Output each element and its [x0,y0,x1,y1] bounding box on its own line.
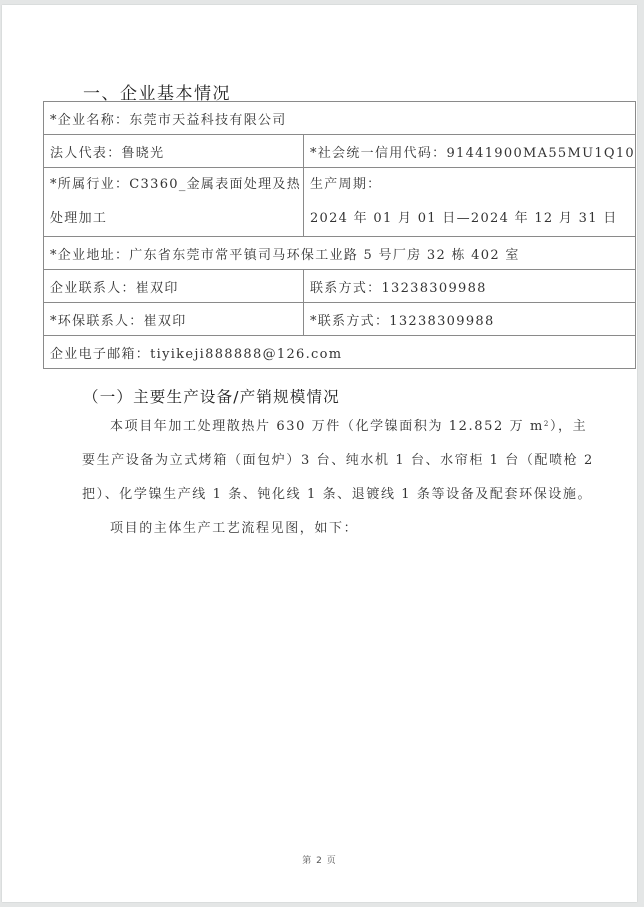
industry-line-1: *所属行业：C3360_金属表面处理及热 [50,168,303,202]
superscript: 2 [544,420,550,428]
address-cell: *企业地址：广东省东莞市常平镇司马环保工业路 5 号厂房 32 栋 402 室 [44,237,636,270]
table-row: 企业电子邮箱：tiyikeji888888@126.com [44,336,636,369]
paragraph-text: 项目的主体生产工艺流程见图，如下： [82,512,597,546]
legal-rep-cell: 法人代表：鲁晓光 [44,135,304,168]
email-cell: 企业电子邮箱：tiyikeji888888@126.com [44,336,636,369]
table-row: *所属行业：C3360_金属表面处理及热 处理加工 生产周期： 2024 年 0… [44,168,636,237]
company-info-table: *企业名称：东莞市天益科技有限公司 法人代表：鲁晓光 *社会统一信用代码：914… [43,101,636,369]
period-value: 2024 年 01 月 01 日—2024 年 12 月 31 日 [310,202,635,236]
table-row: *企业地址：广东省东莞市常平镇司马环保工业路 5 号厂房 32 栋 402 室 [44,237,636,270]
industry-line-2: 处理加工 [50,202,303,236]
contact-person-cell: 企业联系人：崔双印 [44,270,304,303]
env-contact-phone-cell: *联系方式：13238309988 [303,303,635,336]
period-label: 生产周期： [310,168,635,202]
production-period-cell: 生产周期： 2024 年 01 月 01 日—2024 年 12 月 31 日 [303,168,635,237]
process-flow-paragraph: 项目的主体生产工艺流程见图，如下： [82,512,597,546]
paragraph-text: 本项目年加工处理散热片 630 万件（化学镍面积为 12.852 万 m [110,419,544,434]
table-row: *企业名称：东莞市天益科技有限公司 [44,102,636,135]
industry-cell: *所属行业：C3360_金属表面处理及热 处理加工 [44,168,304,237]
equipment-paragraph: 本项目年加工处理散热片 630 万件（化学镍面积为 12.852 万 m2），主… [82,410,597,512]
document-page: 一、企业基本情况 *企业名称：东莞市天益科技有限公司 法人代表：鲁晓光 *社会统… [2,5,637,902]
subsection-heading: （一）主要生产设备/产销规模情况 [83,385,340,407]
page-number: 第 2 页 [2,853,637,866]
contact-phone-cell: 联系方式：13238309988 [303,270,635,303]
env-contact-person-cell: *环保联系人：崔双印 [44,303,304,336]
table-row: 法人代表：鲁晓光 *社会统一信用代码：91441900MA55MU1Q10 [44,135,636,168]
credit-code-cell: *社会统一信用代码：91441900MA55MU1Q10 [303,135,635,168]
table-row: *环保联系人：崔双印 *联系方式：13238309988 [44,303,636,336]
table-row: 企业联系人：崔双印 联系方式：13238309988 [44,270,636,303]
company-name-cell: *企业名称：东莞市天益科技有限公司 [44,102,636,135]
